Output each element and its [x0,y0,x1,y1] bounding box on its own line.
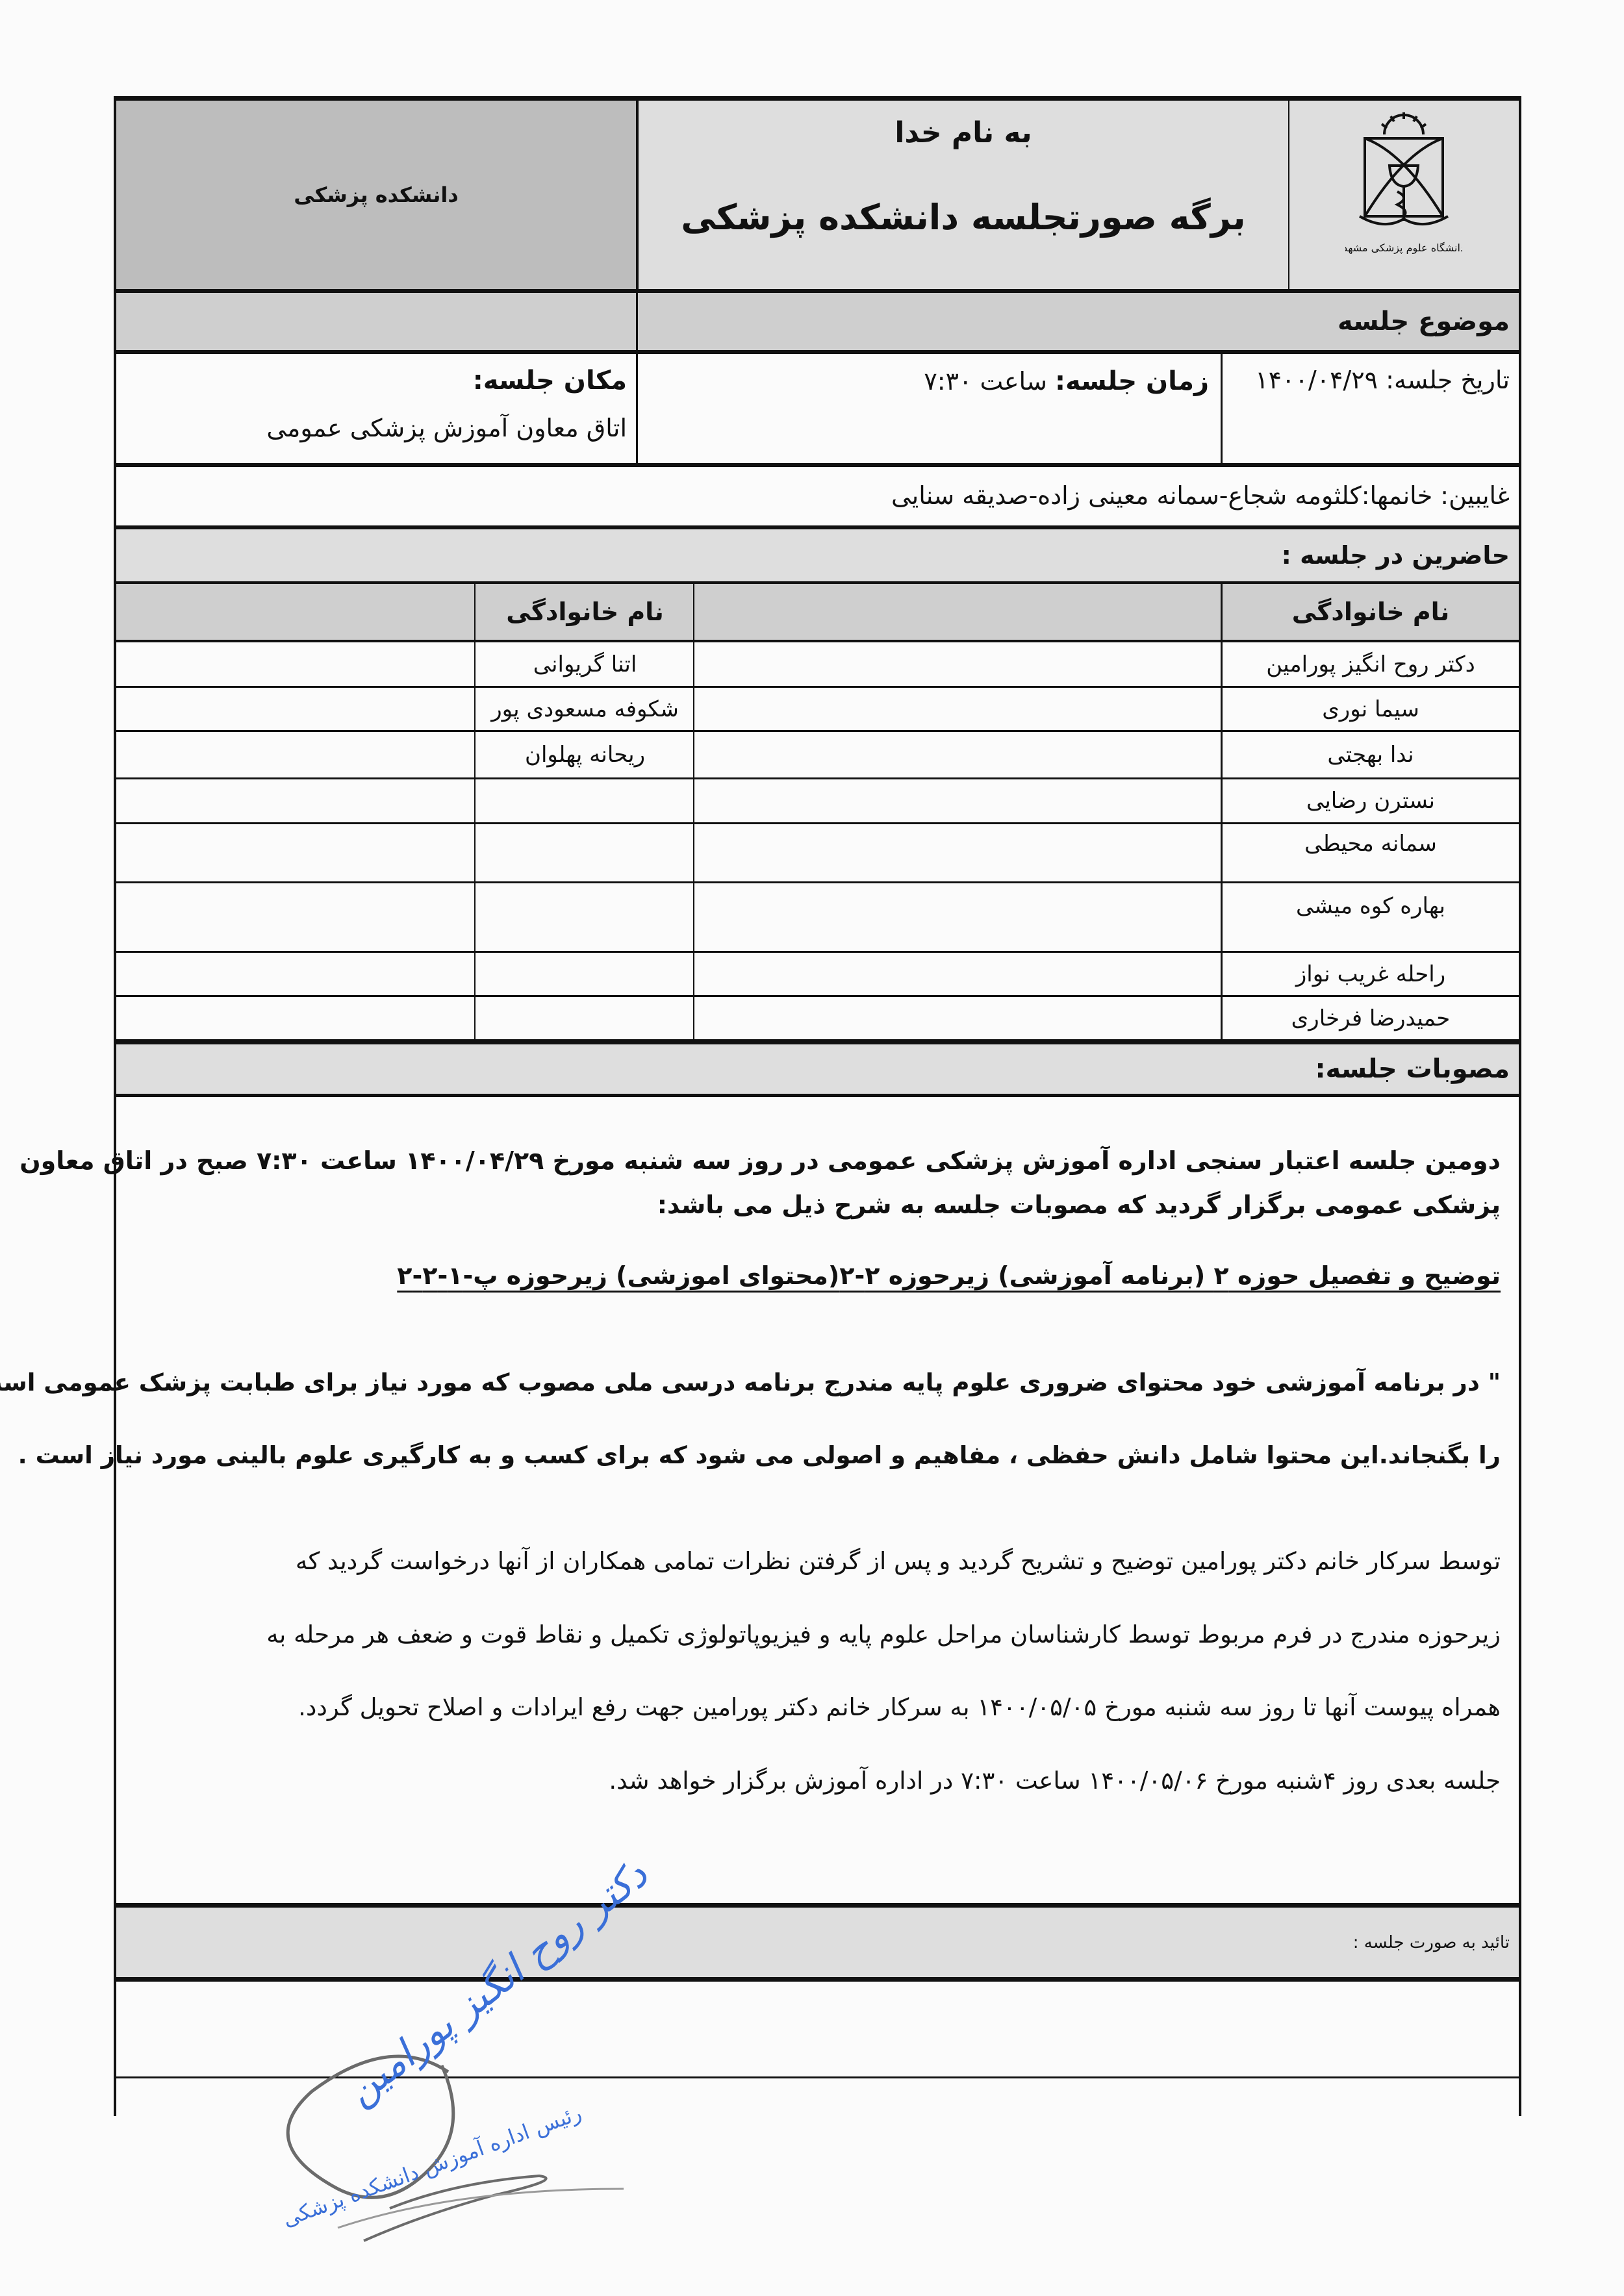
subject-label: موضوع جلسه [1338,307,1510,336]
column-header-surname-right: نام خانوادگی [1223,584,1519,640]
date-value: ۱۴۰۰/۰۴/۲۹ [1255,366,1378,394]
attendee-name: شکوفه مسعودی پور [476,688,694,730]
faculty-label: دانشکده پزشکی [294,183,458,207]
approvals-body-line-1: توسط سرکار خانم دکتر پورامین توضیح و تشر… [296,1549,1501,1573]
attendee-name: اتنا گریوانی [476,642,694,686]
attendee-name: دکتر روح انگیز پورامین [1223,642,1519,686]
confirmation-label: تائید به صورت جلسه : [1353,1933,1510,1952]
approvals-quote-line-2: را بگنجاند.این محتوا شامل دانش حفظی ، مف… [18,1443,1501,1467]
approvals-quote-line-1: " در برنامه آموزشی خود محتوای ضروری علوم… [0,1370,1501,1394]
divider [116,1903,1519,1908]
divider [116,1039,1519,1044]
time-label: زمان جلسه: [1055,366,1209,396]
approvals-body-line-3: همراه پیوست آنها تا روز سه شنبه مورخ ۱۴۰… [298,1695,1501,1719]
approvals-title-row: مصوبات جلسه: [116,1044,1519,1094]
logo-caption: دانشگاه علوم پزشکی مشهد [1345,242,1462,255]
approvals-heading: توضیح و تفصیل حوزه ۲ (برنامه آموزشی) زیر… [397,1263,1501,1288]
place-label: مکان جلسه: [473,366,627,396]
cell-divider [1221,354,1223,463]
approvals-body-line-2: زیرحوزه مندرج در فرم مربوط توسط کارشناسا… [266,1622,1501,1646]
signature-area: دکتر روح انگیز پورامین رئیس اداره آموزش … [260,1994,728,2254]
approvals-intro-line-1: دومین جلسه اعتبار سنجی اداره آموزش پزشکی… [19,1148,1501,1173]
attendee-name: ندا بهجتی [1223,732,1519,777]
absentees-text: غایبین: خانمها:کلثومه شجاع-سمانه معینی ز… [891,481,1510,511]
university-logo-icon: دانشگاه علوم پزشکی مشهد [1345,107,1462,263]
form-title: برگه صورتجلسه دانشکده پزشکی [639,197,1288,238]
column-header-surname-left: نام خانوادگی [476,584,694,640]
date-label: تاریخ جلسه: [1386,366,1510,394]
column-line [474,584,476,1040]
attendee-name: نسترن رضایی [1223,779,1519,822]
attendee-name: راحله غریب نواز [1223,953,1519,995]
attendee-name: حمیدرضا فرخاری [1223,997,1519,1039]
attendees-title-row: حاضرین در جلسه : [116,529,1519,581]
place-value: اتاق معاون آموزش پزشکی عمومی [266,414,627,444]
attendee-name: سمانه محیطی [1223,824,1519,863]
confirmation-row: تائید به صورت جلسه : [116,1908,1519,1977]
approvals-title: مصوبات جلسه: [1315,1054,1510,1084]
faculty-cell: دانشکده پزشکی [116,101,636,289]
subject-row: موضوع جلسه [116,293,1519,350]
attendees-title: حاضرین در جلسه : [1282,541,1510,570]
bismillah: به نام خدا [639,116,1288,149]
divider [116,1977,1519,1982]
cell-divider [636,354,638,463]
subject-divider [636,293,638,350]
title-cell: به نام خدا برگه صورتجلسه دانشکده پزشکی [639,101,1288,289]
attendee-name: ریحانه پهلوان [476,732,694,777]
approvals-intro-line-2: پزشکی عمومی برگزار گردید که مصوبات جلسه … [657,1192,1501,1217]
time-value: ساعت ۷:۳۰ [924,367,1047,396]
logo-cell: دانشگاه علوم پزشکی مشهد [1289,101,1519,289]
time-cell: زمان جلسه: ساعت ۷:۳۰ [639,354,1221,463]
divider [116,1094,1519,1097]
approvals-body-line-4: جلسه بعدی روز ۴شنبه مورخ ۱۴۰۰/۰۵/۰۶ ساعت… [609,1769,1501,1793]
place-cell: مکان جلسه: اتاق معاون آموزش پزشکی عمومی [116,354,636,463]
attendee-name: بهاره کوه میشی [1223,883,1519,929]
absentees-row: غایبین: خانمها:کلثومه شجاع-سمانه معینی ز… [116,467,1519,525]
date-cell: تاریخ جلسه: ۱۴۰۰/۰۴/۲۹ [1223,354,1519,463]
attendee-name: سیما نوری [1223,688,1519,730]
